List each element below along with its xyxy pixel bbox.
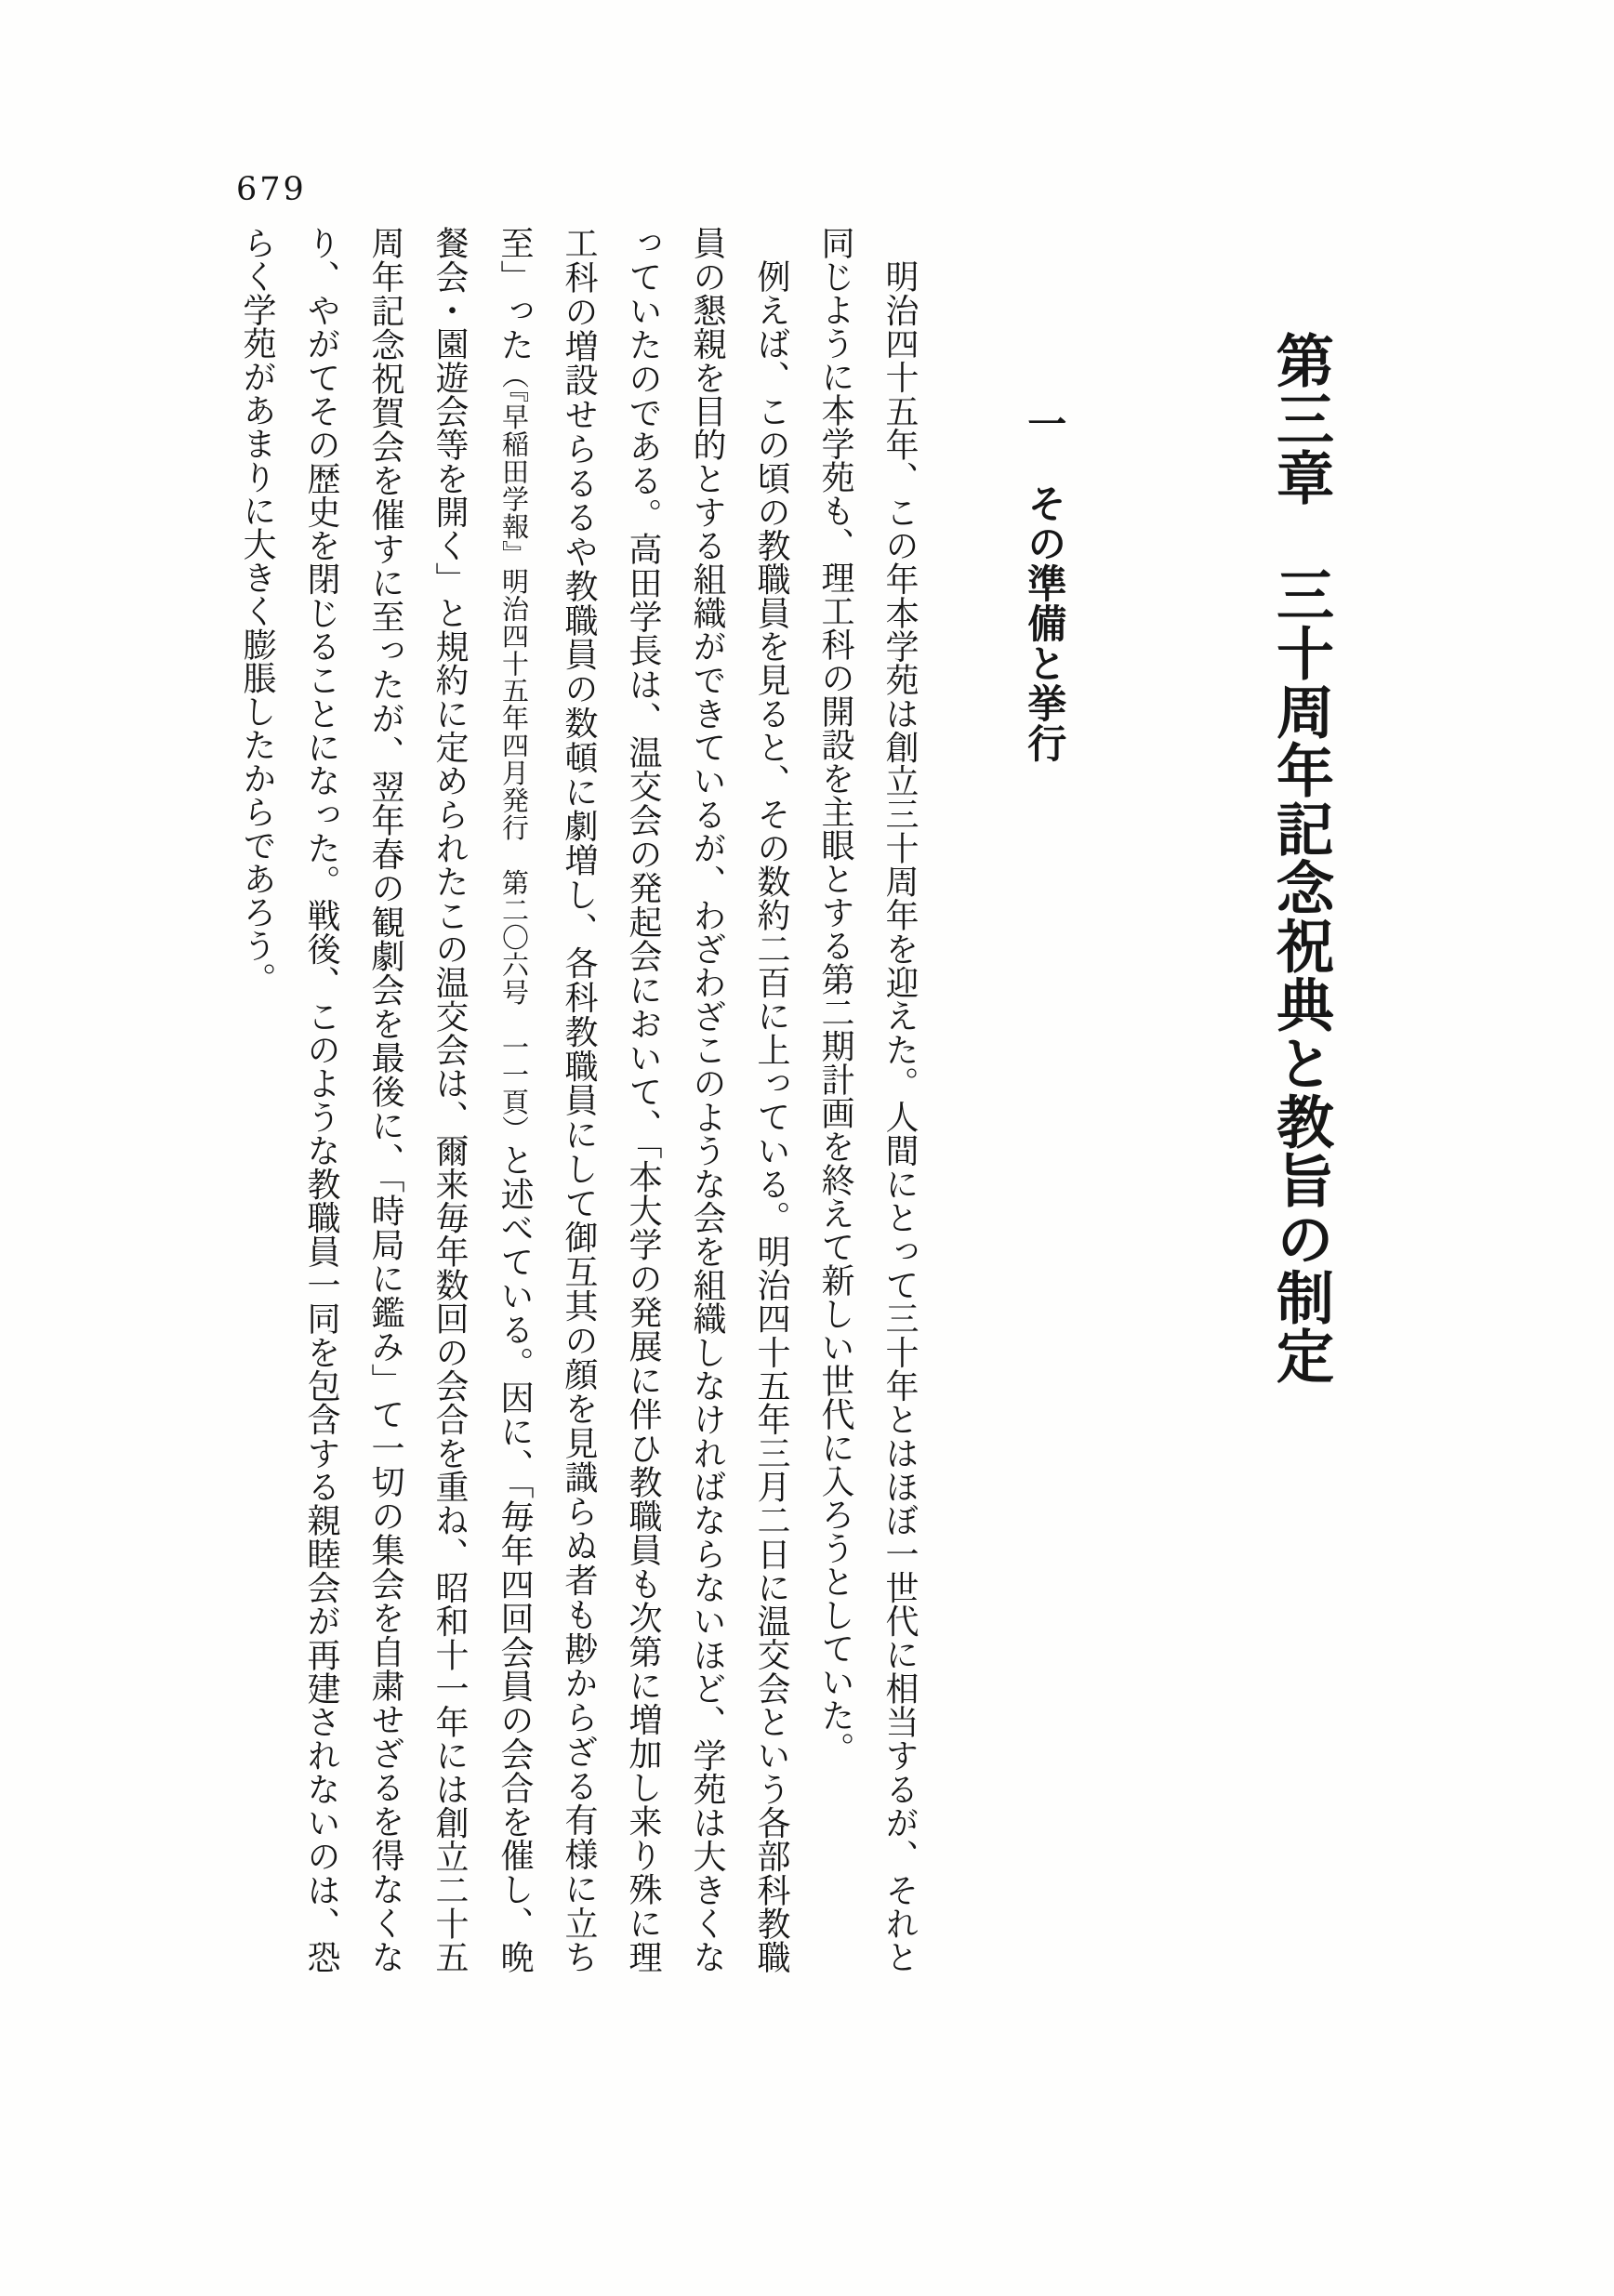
paragraph-2-text: 例えば、この頃の教職員を見ると、その数約二百に上っている。明治四十五年三月二日に… bbox=[496, 226, 790, 1973]
citation-waseda-gakuho: （『早稲田学報』明治四十五年四月発行 第二〇六号 一一頁） bbox=[498, 362, 530, 1143]
page-number: 679 bbox=[236, 171, 307, 208]
chapter-title: 第三章 三十周年記念祝典と教旨の制定 bbox=[1268, 331, 1332, 1385]
book-page: 679 第三章 三十周年記念祝典と教旨の制定 一 その準備と挙行 明治四十五年、… bbox=[0, 0, 1614, 2296]
section-heading: 一 その準備と挙行 bbox=[1023, 403, 1065, 763]
paragraph-2: 例えば、この頃の教職員を見ると、その数約二百に上っている。明治四十五年三月二日に… bbox=[225, 226, 803, 1973]
body-text: 明治四十五年、この年本学苑は創立三十周年を迎えた。人間にとって三十年とはほぼ一世… bbox=[225, 226, 932, 1973]
paragraph-2-continued: と述べている。因に、「毎年四回会員の会合を催し、晩餐会・園遊会等を開く」と規約に… bbox=[238, 226, 534, 1973]
paragraph-1: 明治四十五年、この年本学苑は創立三十周年を迎えた。人間にとって三十年とはほぼ一世… bbox=[803, 226, 932, 1973]
